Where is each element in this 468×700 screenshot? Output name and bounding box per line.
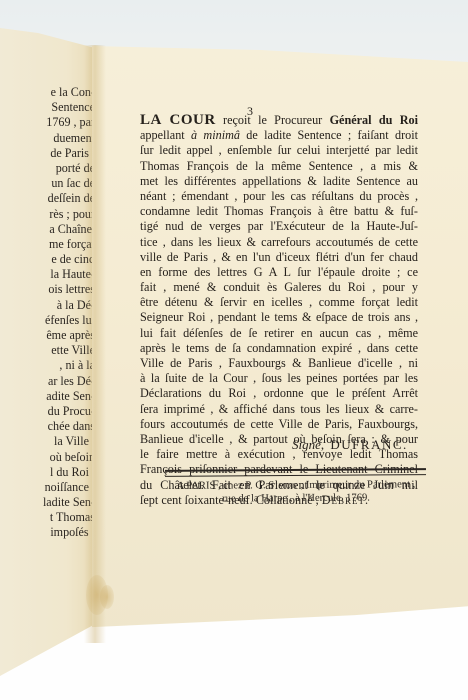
left-line: me forçat [3, 237, 95, 252]
left-line: du Procu- [3, 404, 95, 419]
left-line: de Paris , [3, 146, 95, 161]
left-line: ois lettres [3, 282, 95, 297]
decree-line: fours accoutumés de cette Ville de Paris… [140, 417, 418, 432]
left-line: duement [3, 131, 95, 146]
left-line: ladite Sen- [3, 495, 95, 510]
decree-line: Seigneur Roi , pendant le tems & eſpace … [140, 310, 418, 325]
decree-line: Ville de Paris , Fauxbourgs & Banlieue d… [140, 356, 418, 371]
left-line: deſſein de [3, 191, 95, 206]
decree-line: LA COUR reçoit le Procureur Général du R… [140, 113, 418, 128]
left-line: e de cinq [3, 252, 95, 267]
printer-name: Simon [268, 480, 298, 491]
decree-line: ſera imprimé , & affiché dans tous les l… [140, 402, 418, 417]
left-line: où beſoin [3, 450, 95, 465]
left-line: e la Con- [3, 85, 95, 100]
left-line: noiſſance , [3, 480, 95, 495]
opening-words: LA COUR [140, 112, 216, 128]
left-line: adite Sen- [3, 389, 95, 404]
left-line: 1769 , par [3, 115, 95, 130]
printer-imprint: A PARIS , chez P. G. Simon , Imprimeur d… [162, 478, 430, 506]
decree-line: tice , dans les lieux & carrefours accou… [140, 235, 418, 250]
left-line: l du Roi , [3, 465, 95, 480]
book-gutter [84, 45, 106, 643]
left-line: chée dans [3, 419, 95, 434]
imprint-line: A PARIS , chez P. G. Simon , Imprimeur d… [162, 478, 430, 493]
decree-line: met les différentes appellations & ladit… [140, 174, 418, 189]
left-line: t Thomas [3, 510, 95, 525]
left-line: rès ; pour [3, 207, 95, 222]
decree-line: lui fait déſenſes de ſe retirer en aucun… [140, 326, 418, 341]
imprint-line: rue de la Harpe , à l'Hercule. 1769. [162, 491, 430, 506]
left-line: , ni à la [3, 358, 95, 373]
decree-line: être détenu & ſervir en icelles , comme … [140, 295, 418, 310]
left-line: la Ville , [3, 434, 95, 449]
left-line: la Haute- [3, 267, 95, 282]
decree-line: tigé nud de verges par l'Exécuteur de la… [140, 219, 418, 234]
decree-line: ſur ledit appel , enſemble ſur celui int… [140, 143, 418, 158]
decree-line: appellant à minimâ de ladite Sentence ; … [140, 128, 418, 143]
signature-line: Signé, DUFRANC. [292, 437, 408, 453]
left-line: éfenſes lui [3, 313, 95, 328]
decree-line: néant ; émendant , pour les cas réſultan… [140, 189, 418, 204]
left-line: a Chaîne, [3, 222, 95, 237]
left-line: ette Ville [3, 343, 95, 358]
left-line: un ſac de [3, 176, 95, 191]
left-page-text: e la Con- Sentence 1769 , par duement de… [3, 85, 95, 541]
left-line: Sentence [3, 100, 95, 115]
decree-line: condamne ledit Thomas François à être ba… [140, 204, 418, 219]
decree-line: ville de Paris , & en l'un d'iceux flétr… [140, 250, 418, 265]
decree-line: Déclarations du Roi , ordonne que le pré… [140, 386, 418, 401]
left-line: impoſés : [3, 525, 95, 540]
decree-line: après le tems de ſa condamnation expiré … [140, 341, 418, 356]
left-line: porté de [3, 161, 95, 176]
decree-line: en forme des lettres G A L ſur l'épaule … [140, 265, 418, 280]
signatory-name: , DUFRANC. [321, 437, 408, 452]
left-line: ar les Dé- [3, 374, 95, 389]
decree-line: fait , mené & conduit ès Galeres du Roi … [140, 280, 418, 295]
decree-line: à la ſuite de la Cour , ſous les peines … [140, 371, 418, 386]
decree-line: Thomas François de la même Sentence , a … [140, 159, 418, 174]
left-page-fragment: e la Con- Sentence 1769 , par duement de… [0, 28, 95, 676]
left-line: à la Dé- [3, 298, 95, 313]
foxing-stain [100, 585, 114, 609]
left-line: ême après [3, 328, 95, 343]
